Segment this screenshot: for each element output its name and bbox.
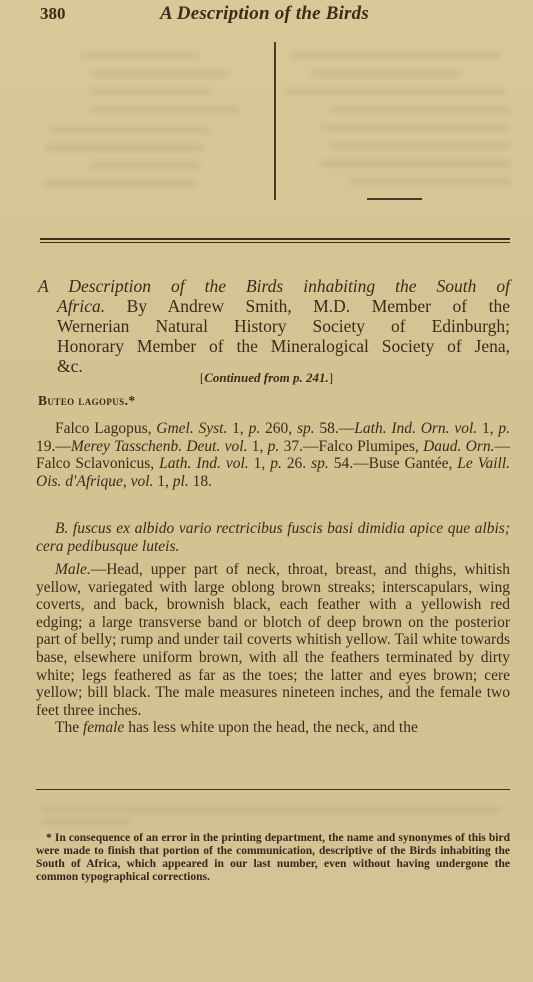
bracket-close: ] xyxy=(329,370,333,385)
synonymy-run: Merey Tasschenb. Deut. vol. xyxy=(71,438,248,455)
synonymy-run: Lath. Ind. Orn. vol. xyxy=(354,420,477,437)
bleed-through-text xyxy=(90,106,240,113)
synonymy-run: 58.— xyxy=(315,420,355,437)
title-line-1: A Description of the Birds inhabiting th… xyxy=(38,276,510,296)
bleed-through-text xyxy=(320,124,510,131)
synonymy-run: 54.—Buse Gantée, xyxy=(329,455,458,472)
bleed-through-text xyxy=(50,126,210,133)
synonymy-run: p. xyxy=(270,455,282,472)
male-label: Male. xyxy=(55,561,91,578)
synonymy-run: 18. xyxy=(189,473,212,490)
latin-diagnosis-text: B. fuscus ex albido vario rectricibus fu… xyxy=(36,520,510,555)
synonymy-run: p. xyxy=(268,438,280,455)
female-text-rest: has less white upon the head, the neck, … xyxy=(124,719,418,736)
synonymy-run: Lath. Ind. vol. xyxy=(159,455,249,472)
synonymy-run: p. xyxy=(249,420,261,437)
bleed-through-text xyxy=(80,52,200,59)
bleed-through-text xyxy=(330,106,510,113)
book-page: 380 A Description of the Birds A Descrip… xyxy=(0,0,533,982)
synonymy-run: Daud. Orn. xyxy=(423,438,494,455)
female-description-paragraph: The female has less white upon the head,… xyxy=(36,719,510,737)
footnote-text: * In consequence of an error in the prin… xyxy=(36,832,510,884)
section-rule-thin xyxy=(40,242,510,243)
synonymy-run: pl. xyxy=(173,473,189,490)
short-rule xyxy=(367,198,422,200)
synonymy-run: 1, xyxy=(227,420,248,437)
page-number: 380 xyxy=(40,4,66,24)
bleed-through-text xyxy=(310,70,460,77)
female-label: female xyxy=(83,719,124,736)
species-heading: Buteo lagopus.* xyxy=(38,393,136,409)
synonymy-run: 37.—Falco Plumipes, xyxy=(279,438,423,455)
bleed-through-text xyxy=(330,142,510,149)
synonymy-run: 1, xyxy=(153,473,172,490)
title-africa: Africa. xyxy=(57,296,105,316)
synonymy-run: 260, xyxy=(260,420,297,437)
synonymy-run: p. xyxy=(498,420,510,437)
bleed-through-text xyxy=(45,144,205,151)
synonymy-run: sp. xyxy=(311,455,329,472)
continued-note: [Continued from p. 241.] xyxy=(0,370,533,386)
bleed-through-text xyxy=(90,70,230,77)
footnote: * In consequence of an error in the prin… xyxy=(36,832,510,884)
title-line-2: Africa. By Andrew Smith, M.D. Member of … xyxy=(38,296,510,316)
title-line-3: Wernerian Natural History Society of Edi… xyxy=(38,316,510,336)
bleed-through-text xyxy=(285,88,505,95)
title-line-4: Honorary Member of the Mineralogical Soc… xyxy=(38,336,510,356)
synonymy-run: sp. xyxy=(297,420,315,437)
synonymy-text: Falco Lagopus, Gmel. Syst. 1, p. 260, sp… xyxy=(36,420,510,490)
bleed-through-text xyxy=(90,88,210,95)
bleed-through-text xyxy=(350,178,510,185)
running-header: 380 A Description of the Birds xyxy=(40,4,510,28)
footnote-rule xyxy=(36,789,510,790)
article-title: A Description of the Birds inhabiting th… xyxy=(38,276,510,376)
latin-diagnosis: B. fuscus ex albido vario rectricibus fu… xyxy=(36,520,510,555)
column-divider xyxy=(274,42,276,200)
bleed-through-text xyxy=(290,52,500,59)
bleed-through-text xyxy=(40,818,130,825)
female-text-start: The xyxy=(55,719,83,736)
title-author: By Andrew Smith, M.D. Member of the xyxy=(105,296,510,316)
synonymy-run: 19.— xyxy=(36,438,71,455)
continued-text: Continued from p. 241. xyxy=(204,370,329,385)
synonymy-run: 1, xyxy=(249,455,271,472)
male-description-paragraph: Male.—Head, upper part of neck, throat, … xyxy=(36,561,510,719)
synonymy-run: 26. xyxy=(282,455,311,472)
synonymy-run: Falco Lagopus, xyxy=(55,420,156,437)
synonymy-run: 1, xyxy=(477,420,498,437)
synonymy-run: Gmel. Syst. xyxy=(156,420,227,437)
male-description-text: —Head, upper part of neck, throat, breas… xyxy=(36,561,510,719)
bleed-through-text xyxy=(45,180,195,187)
running-title: A Description of the Birds xyxy=(160,3,369,25)
synonymy-paragraph: Falco Lagopus, Gmel. Syst. 1, p. 260, sp… xyxy=(36,420,510,490)
bleed-through-text xyxy=(40,806,500,813)
synonymy-run: 1, xyxy=(247,438,267,455)
bleed-through-text xyxy=(90,162,200,169)
section-rule-thick xyxy=(40,238,510,240)
description: Male.—Head, upper part of neck, throat, … xyxy=(36,561,510,737)
bleed-through-text xyxy=(320,160,510,167)
